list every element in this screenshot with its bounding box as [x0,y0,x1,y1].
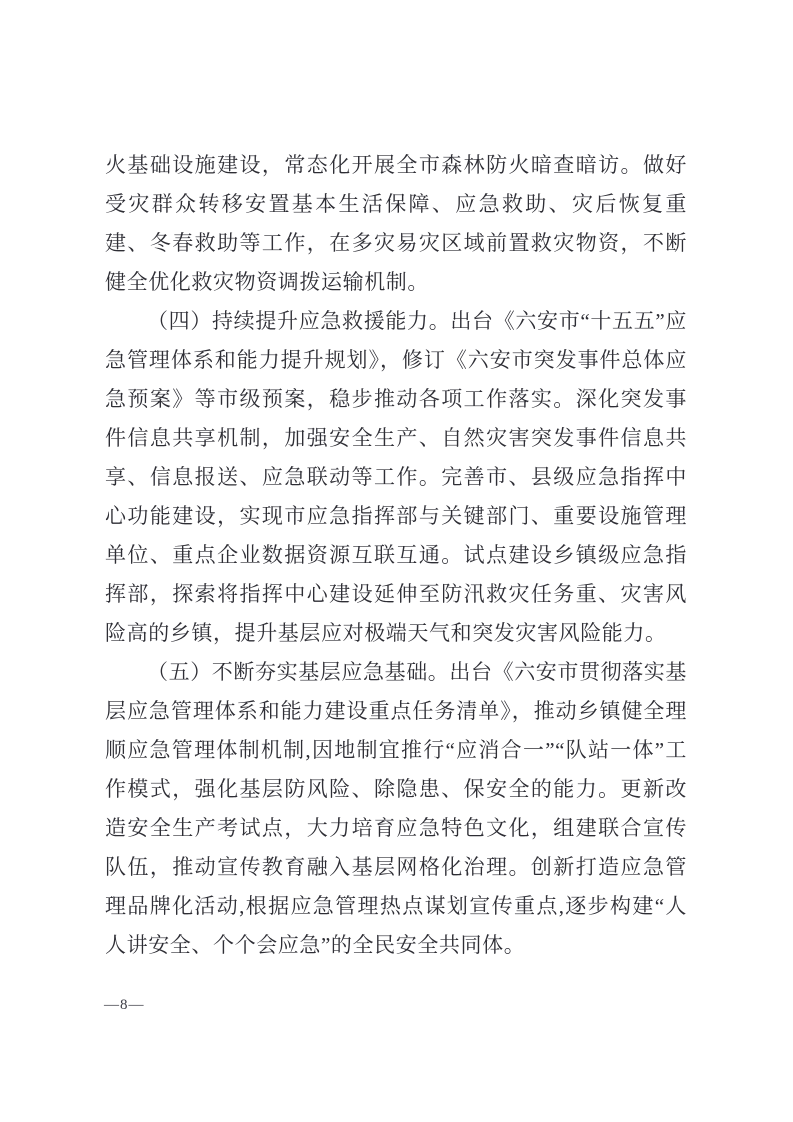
document-page: 火基础设施建设，常态化开展全市森林防火暗查暗访。做好受灾群众转移安置基本生活保障… [0,0,793,1122]
body-paragraph-section-4: （四）持续提升应急救援能力。出台《六安市“十五五”应急管理体系和能力提升规划》，… [105,302,687,653]
document-body: 火基础设施建设，常态化开展全市森林防火暗查暗访。做好受灾群众转移安置基本生活保障… [105,146,687,965]
body-paragraph-continuation: 火基础设施建设，常态化开展全市森林防火暗查暗访。做好受灾群众转移安置基本生活保障… [105,146,687,302]
body-paragraph-section-5: （五）不断夯实基层应急基础。出台《六安市贯彻落实基层应急管理体系和能力建设重点任… [105,653,687,965]
page-number: —8— [104,996,145,1014]
